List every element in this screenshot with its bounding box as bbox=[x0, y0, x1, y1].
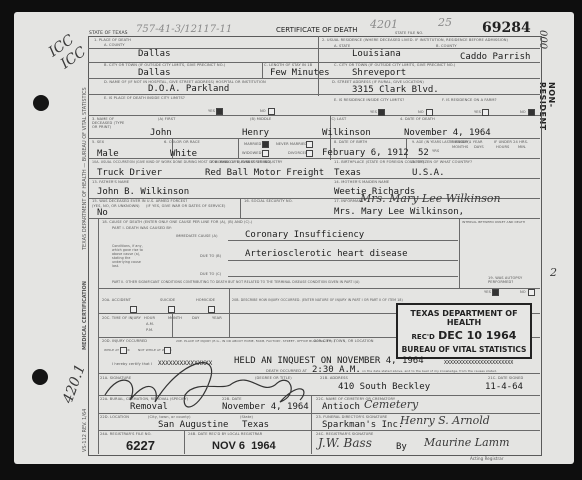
state-sub: (State) bbox=[240, 415, 253, 419]
birthplace-value: Texas bbox=[334, 168, 361, 178]
immediate-cause-value: Coronary Insufficiency bbox=[245, 230, 364, 240]
interval-label: INTERVAL BETWEEN ONSET AND DEATH bbox=[462, 220, 525, 224]
suicide-label: SUICIDE bbox=[160, 298, 175, 302]
min-label: Min. bbox=[518, 145, 526, 149]
pm-label: p.m. bbox=[146, 328, 153, 332]
date-signed-value: 11-4-64 bbox=[485, 382, 523, 392]
sex-value: Male bbox=[97, 149, 119, 159]
residence-state-value: Louisiana bbox=[352, 49, 401, 59]
certify-suffix: on the date stated above, and to the bes… bbox=[362, 369, 497, 373]
funeral-director-label: 23. FUNERAL DIRECTOR'S SIGNATURE bbox=[316, 415, 387, 419]
location-label: 22d. LOCATION bbox=[100, 415, 129, 419]
race-label: 6. COLOR OR RACE bbox=[164, 140, 200, 144]
informant-signature: Mrs. Mary Lee Wilkinson bbox=[360, 192, 501, 205]
residence-county-label: b. COUNTY bbox=[436, 44, 457, 48]
length-of-stay-value: Few Minutes bbox=[270, 68, 330, 78]
handwritten-ref-1: 4201 bbox=[370, 18, 398, 31]
occupation-value: Truck Driver bbox=[97, 168, 162, 178]
death-inside-no-label: NO bbox=[260, 109, 266, 113]
homicide-label: HOMICIDE bbox=[196, 298, 215, 302]
certifier-address-value: 410 South Beckley bbox=[338, 382, 430, 392]
first-name-value: John bbox=[150, 128, 172, 138]
date-of-death-label: 4. DATE OF DEATH bbox=[400, 117, 435, 121]
describe-injury-label: 20b. DESCRIBE HOW INJURY OCCURRED. (Ente… bbox=[232, 298, 403, 302]
struck-text-2: XXXXXXXXXXXXXXXXXXXXXXX bbox=[444, 360, 513, 366]
autopsy-yes-label: YES bbox=[484, 290, 491, 294]
age-value: 52 bbox=[418, 148, 429, 158]
death-city-value: Dallas bbox=[138, 68, 171, 78]
suicide-checkbox[interactable] bbox=[168, 306, 175, 313]
residence-inside-city-label: e. IS RESIDENCE INSIDE CITY LIMITS? bbox=[334, 98, 404, 102]
never-married-checkbox[interactable] bbox=[306, 141, 313, 148]
death-city-label: b. CITY OR TOWN (If outside city limits,… bbox=[104, 63, 225, 67]
father-value: John B. Wilkinson bbox=[97, 187, 189, 197]
race-value: White bbox=[170, 149, 197, 159]
day-label: Day bbox=[192, 316, 199, 320]
marital-never-label: Never Married bbox=[276, 142, 307, 146]
res-inside-no-label: NO bbox=[418, 110, 424, 114]
days-label: Days bbox=[474, 145, 484, 149]
death-inside-yes-label: YES bbox=[208, 109, 215, 113]
deputy-signature: Maurine Lamm bbox=[424, 436, 510, 449]
punch-hole-bottom bbox=[32, 369, 48, 385]
location-sub: (City, town, or county) bbox=[148, 415, 191, 419]
death-inside-city-no-checkbox[interactable] bbox=[268, 108, 275, 115]
citizen-label: 12. CITIZEN OF WHAT COUNTRY? bbox=[410, 160, 472, 164]
due-to-c-label: DUE TO (c) bbox=[200, 272, 221, 276]
date-received-label: 24b. DATE REC'D BY LOCAL REGISTRAR bbox=[188, 432, 262, 436]
burial-value: Removal bbox=[130, 402, 168, 412]
under-24-label: IF UNDER 24 HRS. bbox=[494, 140, 528, 144]
registrar-file-label: 24a. REGISTRAR'S FILE NO. bbox=[100, 432, 152, 436]
last-name-label: (c) Last bbox=[330, 117, 346, 121]
marital-widowed-label: Widowed bbox=[242, 151, 262, 155]
father-label: 13. FATHER'S NAME bbox=[92, 180, 129, 184]
accident-checkbox[interactable] bbox=[130, 306, 137, 313]
industry-value: Red Ball Motor Freight bbox=[205, 168, 324, 178]
registrar-by: By bbox=[396, 442, 407, 452]
cemetery-handwritten: Cemetery bbox=[364, 398, 418, 411]
residence-street-label: d. STREET ADDRESS (If rural, give locati… bbox=[332, 80, 424, 84]
dob-value: February 6, 1912 bbox=[322, 148, 409, 158]
death-county-value: Dallas bbox=[138, 49, 171, 59]
burial-date-value: November 4, 1964 bbox=[222, 402, 309, 412]
certificate-title: CERTIFICATE OF DEATH bbox=[276, 26, 358, 34]
death-county-label: a. COUNTY bbox=[104, 43, 125, 47]
autopsy-no-label: NO bbox=[520, 290, 526, 294]
place-of-death-section-label: 1. PLACE OF DEATH bbox=[94, 38, 131, 42]
burial-date-label: 22b. DATE bbox=[222, 397, 242, 401]
ssn-label: 16. SOCIAL SECURITY NO. bbox=[244, 199, 293, 203]
autopsy-yes-checkbox[interactable] bbox=[492, 289, 499, 296]
residence-state-label: a. STATE bbox=[334, 44, 350, 48]
registrar-file-value: 6227 bbox=[126, 438, 155, 453]
dob-label: 8. DATE OF BIRTH bbox=[334, 140, 367, 144]
accident-label: 20a. ACCIDENT bbox=[102, 298, 131, 302]
burial-label: 22a. BURIAL, CREMATION, REMOVAL (Specify… bbox=[100, 397, 188, 401]
handwritten-ref-2: 25 bbox=[438, 16, 452, 29]
location-city-value: San Augustine bbox=[158, 420, 228, 430]
last-name-value: Wilkinson bbox=[322, 128, 371, 138]
conditions-note: Conditions, if any, which gave rise to a… bbox=[112, 244, 148, 268]
hours-label: Hours bbox=[496, 145, 509, 149]
armed-forces-label: 15. WAS DECEASED EVER IN U.S. ARMED FORC… bbox=[92, 199, 187, 203]
hour-label: Hour bbox=[144, 316, 155, 320]
residence-city-value: Shreveport bbox=[352, 68, 406, 78]
part2-label: PART II. OTHER SIGNIFICANT CONDITIONS CO… bbox=[112, 280, 360, 284]
mother-label: 14. MOTHER'S MAIDEN NAME bbox=[334, 180, 389, 184]
death-inside-city-yes-checkbox[interactable] bbox=[216, 108, 223, 115]
part1-label: PART I. DEATH WAS CAUSED BY: bbox=[112, 226, 172, 230]
registrar-signature: J.W. Bass bbox=[318, 436, 372, 450]
immediate-cause-label: IMMEDIATE CAUSE (a) bbox=[176, 234, 218, 238]
residence-county-value: Caddo Parrish bbox=[460, 52, 530, 62]
time-of-injury-label: 20c. TIME OF INJURY bbox=[102, 316, 141, 320]
stamp-line-1: TEXAS DEPARTMENT OF HEALTH bbox=[398, 309, 530, 327]
middle-name-label: (b) Middle bbox=[250, 117, 271, 121]
married-checkbox[interactable] bbox=[262, 141, 269, 148]
month-label: Month bbox=[168, 316, 182, 320]
residence-inside-city-yes-checkbox[interactable] bbox=[378, 109, 385, 116]
margin-mark-2: 2 bbox=[550, 266, 557, 279]
sex-label: 5. SEX bbox=[92, 140, 104, 144]
stamp-recd: REC'D bbox=[412, 333, 435, 341]
funeral-director-value: Sparkman's Inc. bbox=[322, 420, 403, 430]
handwritten-file-ref: 757-41-3/12117-11 bbox=[136, 24, 232, 35]
farm-yes-label: YES bbox=[474, 110, 481, 114]
am-label: a.m. bbox=[146, 322, 154, 326]
funeral-director-signature: Henry S. Arnold bbox=[400, 414, 490, 427]
date-signed-label: 21c. DATE SIGNED bbox=[488, 376, 523, 380]
under-one-year-label: IF UNDER 1 YEAR bbox=[450, 140, 483, 144]
residence-farm-label: f. IS RESIDENCE ON A FARM? bbox=[442, 98, 497, 102]
year-label: Year bbox=[212, 316, 222, 320]
industry-label: 10b. KIND OF BUSINESS OR INDUSTRY bbox=[210, 160, 282, 164]
date-of-death-value: November 4, 1964 bbox=[404, 128, 491, 138]
months-label: Months bbox=[452, 145, 468, 149]
res-inside-yes-label: YES bbox=[370, 110, 377, 114]
first-name-label: (a) First bbox=[158, 117, 175, 121]
armed-forces-value: No bbox=[97, 208, 108, 218]
marital-married-label: Married bbox=[244, 142, 261, 146]
farm-no-label: NO bbox=[520, 110, 526, 114]
cause-section-label: 18. CAUSE OF DEATH (Enter only one cause… bbox=[102, 220, 252, 224]
due-to-b-label: DUE TO (b) bbox=[200, 254, 221, 258]
usual-residence-section-label: 2. USUAL RESIDENCE (Where deceased lived… bbox=[322, 38, 508, 42]
death-inside-city-label: e. IS PLACE OF DEATH INSIDE CITY LIMITS? bbox=[104, 96, 185, 100]
residence-inside-city-no-checkbox[interactable] bbox=[426, 109, 433, 116]
autopsy-no-checkbox[interactable] bbox=[528, 289, 535, 296]
stamp-date: DEC 10 1964 bbox=[438, 329, 516, 342]
state-file-number: 69284 bbox=[482, 20, 531, 36]
due-to-b-value: Arteriosclerotic heart disease bbox=[245, 249, 408, 259]
stamp-line-3: BUREAU OF VITAL STATISTICS bbox=[398, 345, 530, 354]
state-file-label: STATE FILE NO. bbox=[395, 31, 423, 35]
middle-name-value: Henry bbox=[242, 128, 269, 138]
cemetery-value: Antioch bbox=[322, 402, 360, 412]
citizen-value: U.S.A. bbox=[412, 168, 445, 178]
armed-forces-sub2: (If yes, give war or dates of service) bbox=[146, 204, 226, 208]
hospital-value: D.O.A. Parkland bbox=[148, 84, 229, 94]
acting-registrar-note: Acting Registrar bbox=[470, 456, 504, 461]
widowed-checkbox[interactable] bbox=[262, 150, 269, 157]
received-stamp: TEXAS DEPARTMENT OF HEALTH REC'D DEC 10 … bbox=[396, 303, 532, 359]
divorced-checkbox[interactable] bbox=[306, 150, 313, 157]
autopsy-label: 19. WAS AUTOPSY PERFORMED? bbox=[488, 276, 528, 284]
deceased-name-label: 3. NAME OF DECEASED (Type or print) bbox=[92, 117, 126, 129]
age-suffix: yrs bbox=[432, 149, 439, 153]
farm-yes-checkbox[interactable] bbox=[482, 109, 489, 116]
residence-city-label: c. CITY OR TOWN (If outside city limits,… bbox=[334, 63, 455, 67]
punch-hole-top bbox=[33, 95, 49, 111]
farm-no-checkbox[interactable] bbox=[528, 109, 535, 116]
location-state-value: Texas bbox=[242, 420, 269, 430]
informant-value: Mrs. Mary Lee Wilkinson, bbox=[334, 207, 464, 217]
length-of-stay-label: c. LENGTH OF STAY IN 1b bbox=[264, 63, 312, 67]
date-received-value: NOV 6 1964 bbox=[212, 440, 276, 452]
marital-divorced-label: Divorced bbox=[288, 151, 308, 155]
homicide-checkbox[interactable] bbox=[208, 306, 215, 313]
residence-street-value: 3315 Clark Blvd. bbox=[352, 85, 439, 95]
